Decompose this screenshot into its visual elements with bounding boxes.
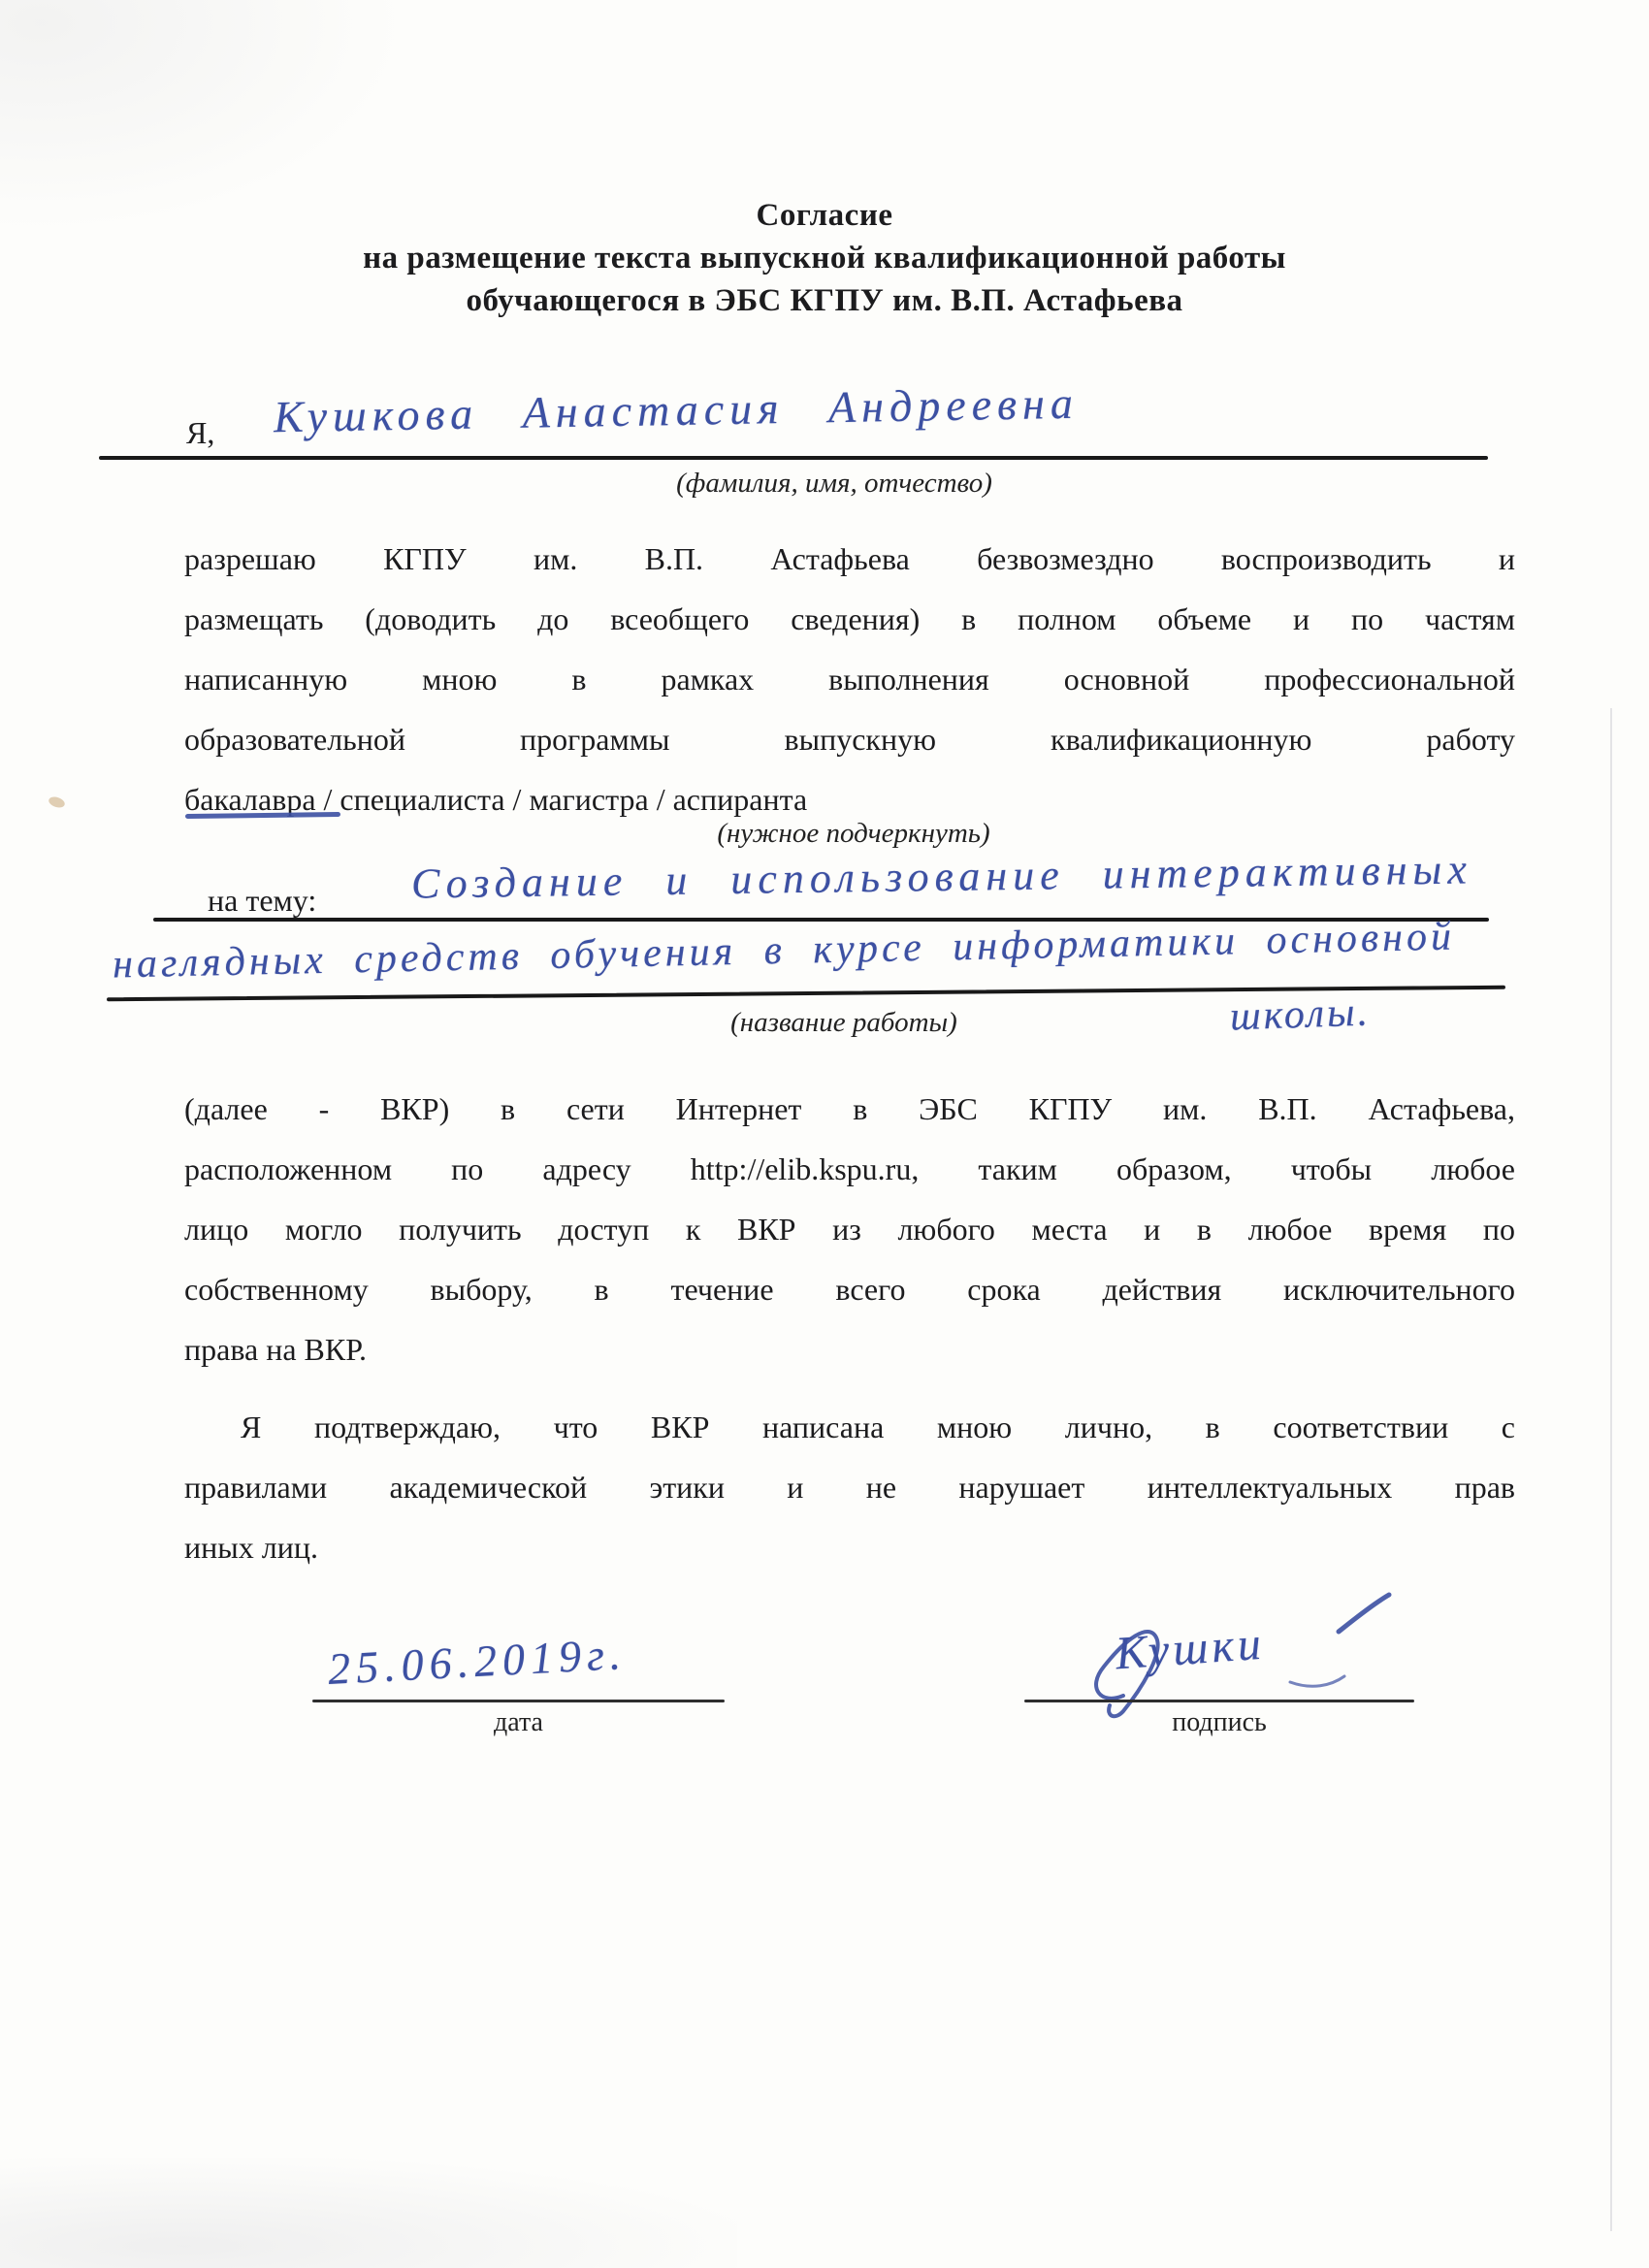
paragraph-line: лицо могло получить доступ к ВКР из любо… xyxy=(184,1199,1515,1259)
date-caption: дата xyxy=(312,1707,725,1738)
handwritten-topic-line-1: Создание и использование интерактивных xyxy=(411,844,1472,908)
permission-paragraph: разрешаю КГПУ им. В.П. Астафьева безвозм… xyxy=(184,529,1515,829)
paragraph-line: образовательной программы выпускную квал… xyxy=(184,709,1515,769)
document-title-block: Согласие на размещение текста выпускной … xyxy=(0,194,1649,322)
paragraph-line: права на ВКР. xyxy=(184,1319,1515,1379)
handwritten-date: 25.06.2019г. xyxy=(327,1628,628,1695)
paragraph-line: правилами академической этики и не наруш… xyxy=(184,1457,1515,1517)
signature-rule-line xyxy=(1024,1700,1414,1702)
name-caption: (фамилия, имя, отчество) xyxy=(446,468,1222,500)
degree-options-rest: / специалиста / магистра / аспиранта xyxy=(316,782,808,817)
paragraph-line: (далее - ВКР) в сети Интернет в ЭБС КГПУ… xyxy=(184,1079,1515,1139)
paragraph-line: разрешаю КГПУ им. В.П. Астафьева безвозм… xyxy=(184,529,1515,589)
date-rule-line xyxy=(312,1700,725,1702)
scan-edge-line xyxy=(1610,708,1612,2231)
paragraph-line: размещать (доводить до всеобщего сведени… xyxy=(184,589,1515,649)
paragraph-line: иных лиц. xyxy=(184,1517,1515,1577)
signature-caption: подпись xyxy=(1024,1707,1414,1738)
scan-shading-bottom-left xyxy=(0,2158,737,2268)
handwritten-signature: Кушки xyxy=(1114,1617,1266,1681)
topic-label: на тему: xyxy=(208,883,316,919)
paragraph-line: написанную мною в рамках выполнения осно… xyxy=(184,649,1515,709)
handwritten-topic-line-2: наглядных средств обучения в курсе инфор… xyxy=(113,914,1456,988)
document-subtitle-1: на размещение текста выпускной квалифика… xyxy=(0,237,1649,279)
document-title: Согласие xyxy=(0,194,1649,237)
name-rule-line xyxy=(99,456,1488,460)
paragraph-line: Я подтверждаю, что ВКР написана мною лич… xyxy=(184,1397,1515,1457)
document-subtitle-2: обучающегося в ЭБС КГПУ им. В.П. Астафье… xyxy=(0,279,1649,322)
name-prefix: Я, xyxy=(186,415,214,451)
handwritten-full-name: Кушкова Анастасия Андреевна xyxy=(274,377,1080,442)
handwritten-topic-overflow: школы. xyxy=(1229,988,1372,1040)
paragraph-line: собственному выбору, в течение всего сро… xyxy=(184,1259,1515,1319)
underline-instruction-caption: (нужное подчеркнуть) xyxy=(466,818,1242,850)
confirmation-paragraph: Я подтверждаю, что ВКР написана мною лич… xyxy=(184,1397,1515,1577)
topic-caption: (название работы) xyxy=(456,1007,1232,1039)
terms-paragraph: (далее - ВКР) в сети Интернет в ЭБС КГПУ… xyxy=(184,1079,1515,1379)
scan-speck xyxy=(48,795,66,810)
scanned-consent-document: Согласие на размещение текста выпускной … xyxy=(0,0,1649,2268)
paragraph-line: расположенном по адресу http://elib.kspu… xyxy=(184,1139,1515,1199)
